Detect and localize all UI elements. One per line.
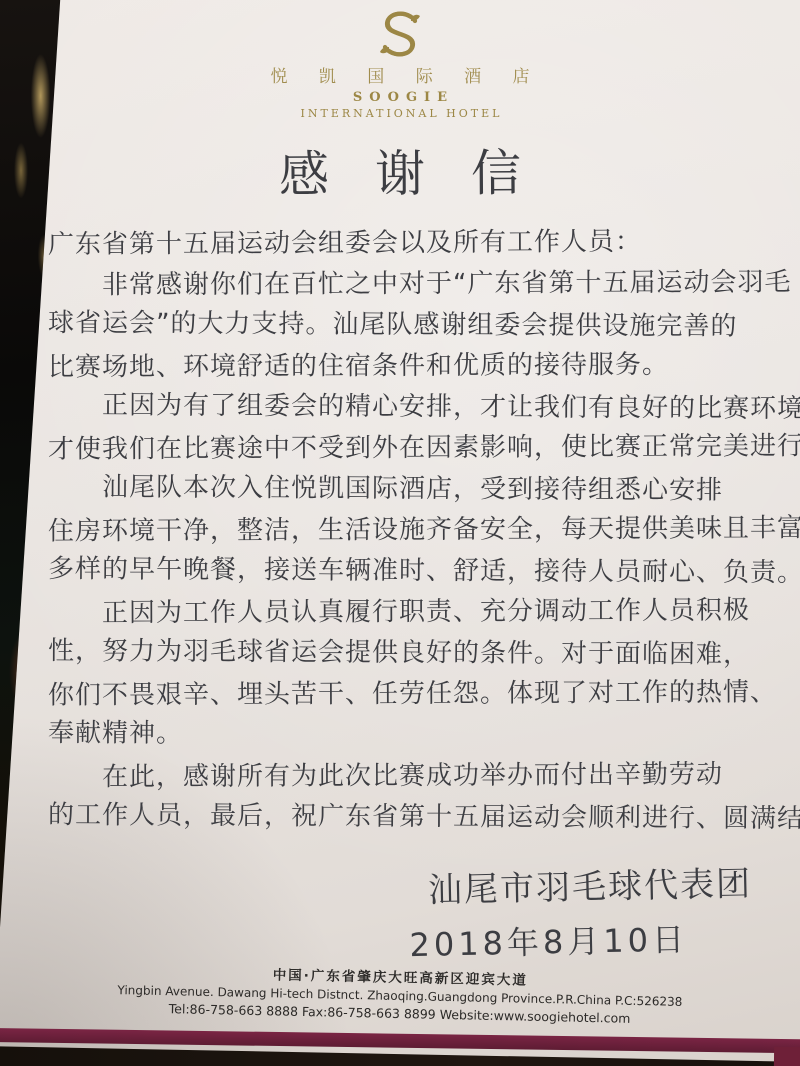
- letter-line: 你们不畏艰辛、埋头苦干、任劳任怨。体现了对工作的热情、: [48, 671, 788, 715]
- letter-line: 正因为有了组委会的精心安排，才让我们有良好的比赛环境: [48, 384, 788, 429]
- letter-line: 非常感谢你们在百忙之中对于“广东省第十五届运动会羽毛: [48, 261, 788, 305]
- letter-line: 比赛场地、环境舒适的住宿条件和优质的接待服务。: [48, 343, 788, 387]
- letter-line: 才使我们在比赛途中不受到外在因素影响，使比赛正常完美进行: [48, 425, 788, 469]
- hotel-name-cn: 悦 凯 国 际 酒 店: [0, 62, 800, 87]
- letter-line: 奉献精神。: [48, 712, 788, 757]
- hotel-name-en: SOOGIE: [0, 90, 800, 105]
- letter-photo: 悦 凯 国 际 酒 店 SOOGIE INTERNATIONAL HOTEL 感…: [0, 0, 800, 1066]
- letter-title: 感谢信: [0, 131, 800, 209]
- letterhead-footer: 中国·广东省肇庆大旺高新区迎宾大道 Yingbin Avenue. Dawang…: [0, 958, 800, 1030]
- letter-salutation: 广东省第十五届运动会组委会以及所有工作人员：: [48, 220, 788, 265]
- letter-line: 住房环境干净，整洁，生活设施齐备安全，每天提供美味且丰富: [48, 507, 788, 551]
- letter-line: 正因为工作人员认真履行职责、充分调动工作人员积极: [48, 589, 788, 633]
- letter-paper: 悦 凯 国 际 酒 店 SOOGIE INTERNATIONAL HOTEL 感…: [0, 0, 800, 1066]
- letter-line: 汕尾队本次入住悦凯国际酒店，受到接待组悉心安排: [48, 466, 788, 511]
- letterhead: 悦 凯 国 际 酒 店 SOOGIE INTERNATIONAL HOTEL: [0, 0, 800, 120]
- letter-line: 的工作人员，最后，祝广东省第十五届运动会顺利进行、圆满结束！: [48, 794, 788, 839]
- letter-body: 广东省第十五届运动会组委会以及所有工作人员： 非常感谢你们在百忙之中对于“广东省…: [0, 222, 800, 966]
- letter-line: 性，努力为羽毛球省运会提供良好的条件。对于面临困难，: [48, 630, 788, 675]
- letter-line: 在此，感谢所有为此次比赛成功举办而付出辛勤劳动: [48, 753, 788, 797]
- soogie-s-monogram-icon: [370, 8, 430, 60]
- letter-line: 球省运会”的大力支持。汕尾队感谢组委会提供设施完善的: [48, 302, 788, 347]
- bottom-right-maroon-fragment: [774, 1047, 800, 1066]
- letter-line: 多样的早午晚餐，接送车辆准时、舒适，接待人员耐心、负责。: [48, 548, 788, 593]
- hotel-name-en-sub: INTERNATIONAL HOTEL: [0, 107, 800, 120]
- letter-signature: 汕尾市羽毛球代表团: [48, 855, 789, 919]
